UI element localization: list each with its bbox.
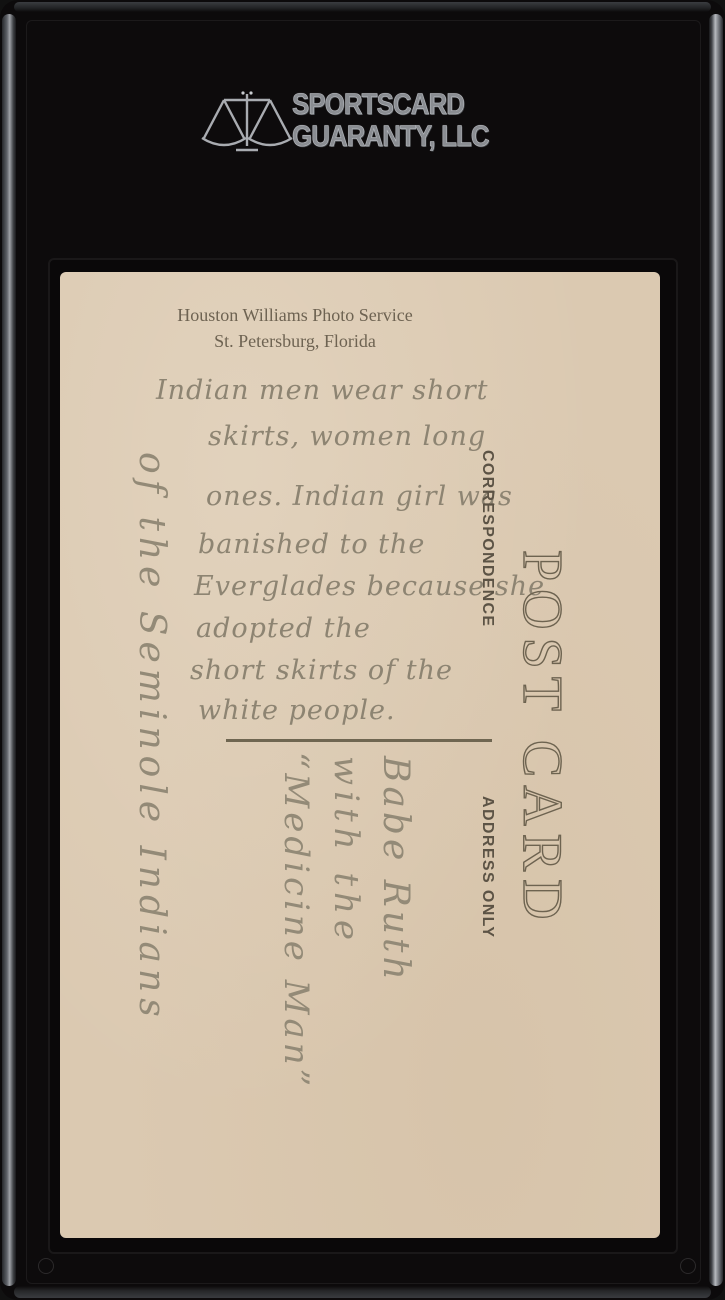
- slab-edge-top: [14, 2, 711, 12]
- address-only-label: ADDRESS ONLY: [478, 796, 496, 938]
- note-line: skirts, women long: [208, 422, 486, 452]
- slab-edge-right: [709, 14, 723, 1286]
- note-line: short skirts of the: [190, 656, 453, 686]
- slab-edge-left: [2, 14, 16, 1286]
- slab-corner-mark: [680, 1258, 696, 1274]
- brand-line-2: GUARANTY, LLC: [292, 120, 489, 154]
- brand-line-1: SPORTSCARD: [292, 88, 464, 122]
- grading-slab: SPORTSCARD GUARANTY, LLC Houston William…: [0, 0, 725, 1300]
- handwritten-side-note: of the Seminole Indians: [131, 452, 172, 1023]
- caption-line: “Medicine Man”: [276, 752, 316, 1090]
- scales-of-justice-icon: [200, 88, 295, 160]
- note-line: Indian men wear short: [156, 376, 489, 406]
- publisher-name: Houston Williams Photo Service: [60, 302, 530, 328]
- caption-line: with the: [326, 756, 366, 946]
- note-line: white people.: [198, 696, 396, 726]
- publisher-imprint: Houston Williams Photo Service St. Peter…: [60, 302, 530, 354]
- divider-line: [226, 739, 492, 742]
- note-line: ones. Indian girl was: [206, 482, 513, 512]
- slab-edge-bottom: [14, 1286, 711, 1298]
- caption-line: Babe Ruth: [375, 756, 416, 984]
- note-line: adopted the: [196, 614, 371, 644]
- correspondence-label: CORRESPONDENCE: [478, 450, 496, 627]
- postcard-back: Houston Williams Photo Service St. Peter…: [60, 272, 660, 1238]
- sgc-logo: SPORTSCARD GUARANTY, LLC: [200, 88, 530, 163]
- note-line: banished to the: [198, 530, 425, 560]
- post-card-title: POST CARD: [510, 550, 574, 928]
- slab-corner-mark: [38, 1258, 54, 1274]
- publisher-location: St. Petersburg, Florida: [60, 328, 530, 354]
